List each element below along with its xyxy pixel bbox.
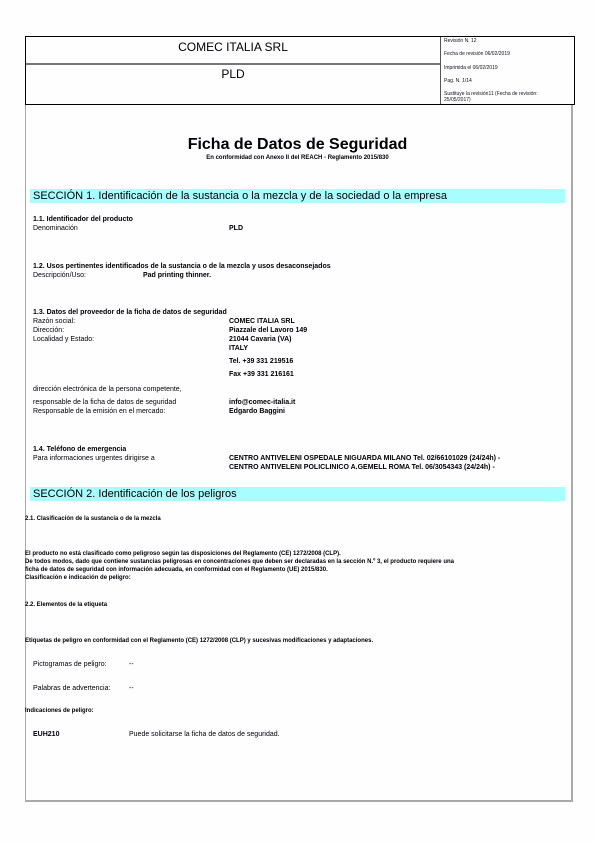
document-title: Ficha de Datos de Seguridad xyxy=(0,136,595,154)
hazard-code: EUH210 xyxy=(33,731,59,738)
emergency-line-2: CENTRO ANTIVELENI POLICLINICO A.GEMELL R… xyxy=(229,464,495,471)
s1-3-title: 1.3. Datos del proveedor de la ficha de … xyxy=(33,309,227,316)
indicaciones-title: Indicaciones de peligro: xyxy=(25,708,94,714)
pictogramas-label: Pictogramas de peligro: xyxy=(33,661,107,668)
section-2-heading: SECCIÓN 2. Identificación de los peligro… xyxy=(30,487,565,501)
pictogramas-value: -- xyxy=(129,661,134,668)
direccion-label: Dirección: xyxy=(33,327,64,334)
emergency-line-1: CENTRO ANTIVELENI OSPEDALE NIGUARDA MILA… xyxy=(229,455,500,462)
uso-value: Pad printing thinner. xyxy=(143,272,211,279)
razon-value: COMEC ITALIA SRL xyxy=(229,318,295,325)
company-name: COMEC ITALIA SRL xyxy=(26,40,440,54)
palabras-label: Palabras de advertencia: xyxy=(33,685,110,692)
email-label-1: dirección electrónica de la persona comp… xyxy=(33,386,182,393)
tel-value: Tel. +39 331 219516 xyxy=(229,358,293,365)
responsable-value: Edgardo Baggini xyxy=(229,408,285,415)
denominacion-label: Denominación xyxy=(33,225,78,232)
revision-date: Fecha de revisión 06/02/2019 xyxy=(444,52,510,58)
document-header: COMEC ITALIA SRL PLD Revisión N. 12 Fech… xyxy=(25,36,575,105)
header-company-row: COMEC ITALIA SRL xyxy=(26,37,440,65)
fax-value: Fax +39 331 216161 xyxy=(229,371,294,378)
header-left: COMEC ITALIA SRL PLD xyxy=(26,37,441,104)
product-name: PLD xyxy=(26,67,440,81)
emergency-label: Para informaciones urgentes dirigirse a xyxy=(33,455,155,462)
s2-1-paragraph-2: De todos modos, dado que contiene sustan… xyxy=(25,559,454,565)
printed-date: Imprimida el 06/02/2019 xyxy=(444,66,498,72)
denominacion-value: PLD xyxy=(229,225,243,232)
page-number: Pag. N. 1/14 xyxy=(444,79,472,85)
s1-1-title: 1.1. Identificador del producto xyxy=(33,216,133,223)
s2-2-title: 2.2. Elementos de la etiqueta xyxy=(25,602,107,608)
s2-1-title: 2.1. Clasificación de la sustancia o de … xyxy=(25,516,161,522)
s2-1-paragraph-3: ficha de datos de seguridad con informac… xyxy=(25,567,328,573)
s1-4-title: 1.4. Teléfono de emergencia xyxy=(33,446,126,453)
localidad-label: Localidad y Estado: xyxy=(33,336,94,343)
responsable-label: Responsable de la emisión en el mercado: xyxy=(33,408,165,415)
hazard-code-text: Puede solicitarse la ficha de datos de s… xyxy=(129,731,280,738)
razon-label: Razón social: xyxy=(33,318,75,325)
page-frame xyxy=(25,105,573,802)
s2-1-paragraph-1: El producto no está clasificado como pel… xyxy=(25,551,341,557)
palabras-value: -- xyxy=(129,685,134,692)
replaces-date: 25/05/2017) xyxy=(444,98,471,104)
email-label-2: responsable de la ficha de datos de segu… xyxy=(33,399,176,406)
s1-2-title: 1.2. Usos pertinentes identificados de l… xyxy=(33,263,331,270)
localidad-value: 21044 Cavaria (VA) xyxy=(229,336,292,343)
s2-2-intro: Etiquetas de peligro en conformidad con … xyxy=(25,638,373,644)
s2-1-paragraph-4: Clasificación e indicación de peligro: xyxy=(25,575,131,581)
revision-number: Revisión N. 12 xyxy=(444,39,477,45)
email-value[interactable]: info@comec-italia.it xyxy=(229,399,295,406)
uso-label: Descripción/Uso: xyxy=(33,272,86,279)
section-1-heading: SECCIÓN 1. Identificación de la sustanci… xyxy=(30,189,565,203)
document-subtitle: En conformidad con Anexo II del REACH - … xyxy=(0,155,595,161)
direccion-value: Piazzale del Lavoro 149 xyxy=(229,327,307,334)
country-value: ITALY xyxy=(229,345,248,352)
